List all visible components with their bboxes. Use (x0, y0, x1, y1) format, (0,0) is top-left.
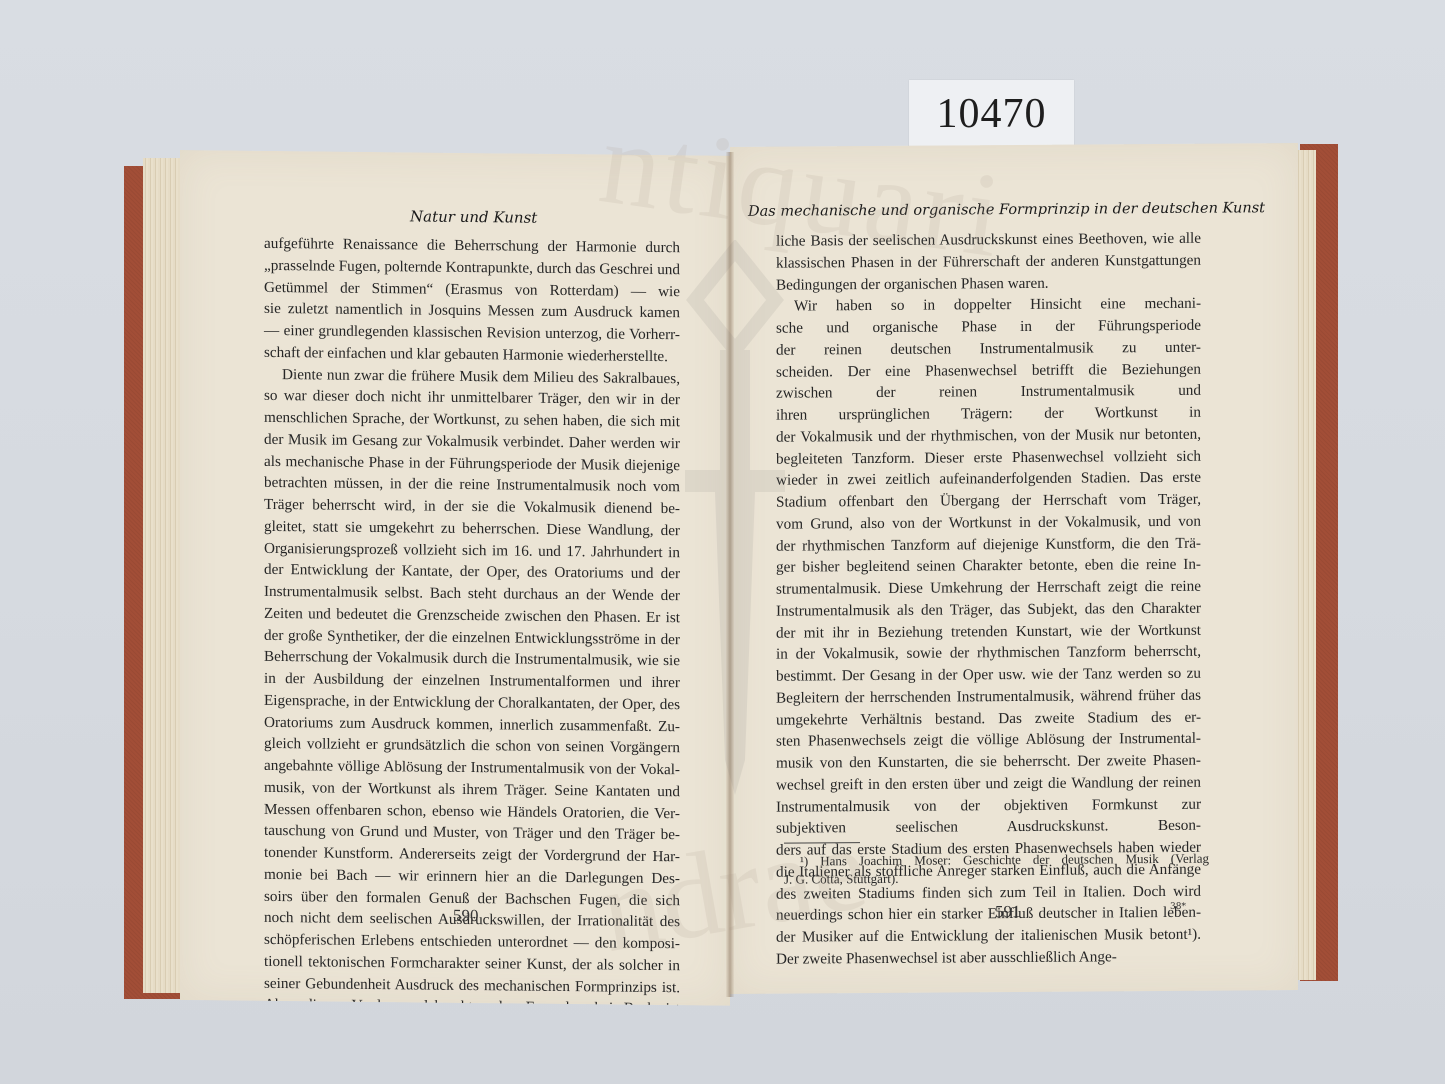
text-line: Wir haben so in doppelter Hinsicht eine … (776, 293, 1201, 318)
text-line: liche Basis der seelischen Ausdruckskuns… (776, 228, 1201, 253)
text-line: Bedingungen der organischen Phasen waren… (776, 271, 1201, 296)
right-page: Das mechanische und organische Formprinz… (730, 143, 1298, 994)
text-line: ihren ursprünglichen Trägern: der Wortku… (776, 402, 1201, 427)
text-line: Instrumentalmusik als den Träger, das Su… (776, 597, 1201, 622)
text-line: Aber dieser Vordergrundcharakter des For… (264, 994, 680, 1020)
text-line: der Musiker auf die Entwicklung der ital… (776, 924, 1201, 949)
text-line: sche und organische Phase in der Führung… (776, 315, 1201, 340)
text-line: der Vokalmusik und der rhythmischen, von… (776, 423, 1201, 448)
text-line: Instrumentalmusik von der objektiven For… (776, 793, 1201, 818)
text-line: vom Grund, also von der Wortkunst in der… (776, 510, 1201, 535)
text-line: der reinen deutschen Instrumentalmusik z… (776, 336, 1201, 361)
footnote-line: ¹) Hans Joachim Moser: Geschichte der de… (784, 850, 1209, 871)
signature-mark: 38* (1170, 902, 1186, 912)
inventory-number: 10470 (937, 90, 1047, 138)
text-line: klassischen Phasen in der Führerschaft d… (776, 249, 1201, 274)
text-line: der mit ihr in Beziehung tretenden Kunst… (776, 619, 1201, 644)
text-line: wechsel greift in den ersten über und ze… (776, 771, 1201, 796)
running-head-right: Das mechanische und organische Formprinz… (748, 200, 1265, 220)
text-line: Begleitern der herrschenden Instrumental… (776, 684, 1201, 709)
text-line: zwischen der reinen Instrumentalmusik un… (776, 380, 1201, 405)
text-line: begleiteten Tanzform. Dieser erste Phase… (776, 445, 1201, 470)
book-gutter (726, 152, 734, 997)
footnote-line: J. G. Cotta, Stuttgart). (784, 868, 1209, 889)
text-line: Stadium offenbart den Übergang der Herrs… (776, 489, 1201, 514)
text-line: musik von den Kunstarten, die sie beherr… (776, 750, 1201, 775)
text-line: der rhythmischen Tanzform auf diejenige … (776, 532, 1201, 557)
text-line: wieder in zwei zeitlich aufeinanderfolge… (776, 467, 1201, 492)
text-line: strumentalmusik. Diese Umkehrung der Her… (776, 576, 1201, 601)
page-stack-right (1296, 150, 1316, 980)
page-number-right: 591 (995, 902, 1021, 922)
text-line: subjektiven seelischen Ausdruckskunst. B… (776, 815, 1201, 840)
text-line: umgekehrte Verhältnis bestand. Das zweit… (776, 706, 1201, 731)
text-line: bestimmt. Der Gesang in der Oper usw. wi… (776, 663, 1201, 688)
running-head-left: Natur und Kunst (410, 207, 537, 226)
text-line: sten Phasenwechsels zeigt die völlige Ab… (776, 728, 1201, 753)
text-line: ger bisher begleitend seinen Charakter b… (776, 554, 1201, 579)
inventory-label: 10470 (909, 80, 1074, 148)
page-number-left: 590 (453, 906, 479, 926)
text-line: in der Vokalmusik, sowie der rhythmische… (776, 641, 1201, 666)
text-line: Der zweite Phasenwechsel ist aber aussch… (776, 945, 1201, 970)
left-page: Natur und Kunst aufgeführte Renaissance … (180, 150, 730, 1006)
page-stack-left (143, 158, 183, 993)
text-line: ebenso gewiß eine unerläßliche Grundbedi… (264, 1016, 680, 1042)
text-line: neuerdings schon hier ein starker Einflu… (776, 902, 1201, 927)
footnote: ¹) Hans Joachim Moser: Geschichte der de… (784, 850, 1209, 889)
text-line: scheiden. Der eine Phasenwechsel betriff… (776, 358, 1201, 383)
